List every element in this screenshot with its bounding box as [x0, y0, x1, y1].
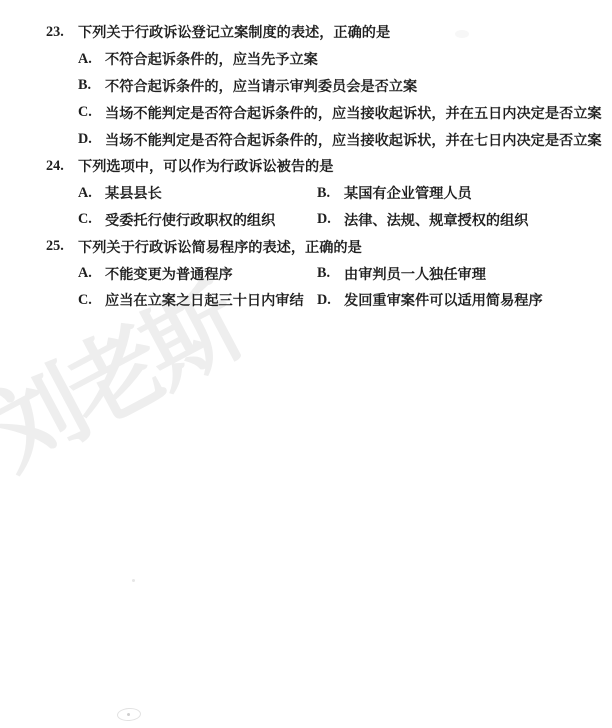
option-text: 受委托行使行政职权的组织 [105, 210, 275, 230]
question-25-options-ab: A. 不能变更为普通程序 B. 由审判员一人独任审理 [0, 260, 612, 287]
option-text: 发回重审案件可以适用简易程序 [344, 290, 543, 310]
exam-scan-page: 刘老斯 23. 下列关于行政诉讼登记立案制度的表述，正确的是 A. 不符合起诉条… [0, 0, 612, 728]
option-label: D. [317, 211, 344, 228]
exam-content: 23. 下列关于行政诉讼登记立案制度的表述，正确的是 A. 不符合起诉条件的，应… [0, 19, 612, 314]
option-label: A. [78, 185, 105, 202]
question-stem: 下列关于行政诉讼登记立案制度的表述，正确的是 [78, 22, 390, 42]
question-24-option-b: B. 某国有企业管理人员 [317, 183, 472, 203]
option-text: 法律、法规、规章授权的组织 [344, 210, 528, 230]
question-25: 25. 下列关于行政诉讼简易程序的表述，正确的是 A. 不能变更为普通程序 B.… [0, 233, 612, 313]
question-number: 24. [46, 158, 78, 175]
scan-smudge [455, 30, 469, 38]
scan-artifact-dot [132, 579, 135, 582]
option-label: C. [78, 292, 105, 309]
option-text: 应当在立案之日起三十日内审结 [105, 290, 304, 310]
option-label: B. [317, 185, 344, 202]
option-label: C. [78, 104, 105, 121]
question-25-option-a: A. 不能变更为普通程序 [78, 264, 317, 284]
question-23: 23. 下列关于行政诉讼登记立案制度的表述，正确的是 A. 不符合起诉条件的，应… [0, 19, 612, 153]
question-25-options-cd: C. 应当在立案之日起三十日内审结 D. 发回重审案件可以适用简易程序 [0, 287, 612, 314]
option-label: A. [78, 265, 105, 282]
option-label: B. [317, 265, 344, 282]
question-24-option-d: D. 法律、法规、规章授权的组织 [317, 210, 528, 230]
question-25-option-d: D. 发回重审案件可以适用简易程序 [317, 290, 543, 310]
question-24-option-c: C. 受委托行使行政职权的组织 [78, 210, 317, 230]
option-label: D. [78, 131, 105, 148]
option-text: 某县县长 [105, 183, 162, 203]
question-25-stem-line: 25. 下列关于行政诉讼简易程序的表述，正确的是 [0, 233, 612, 260]
option-text: 由审判员一人独任审理 [344, 264, 486, 284]
question-25-option-b: B. 由审判员一人独任审理 [317, 264, 486, 284]
option-label: C. [78, 211, 105, 228]
question-23-option-b: B. 不符合起诉条件的，应当请示审判委员会是否立案 [0, 73, 612, 100]
question-stem: 下列关于行政诉讼简易程序的表述，正确的是 [78, 237, 362, 257]
question-23-option-c: C. 当场不能判定是否符合起诉条件的，应当接收起诉状，并在五日内决定是否立案 [0, 99, 612, 126]
question-number: 25. [46, 238, 78, 255]
option-text: 不符合起诉条件的，应当先予立案 [105, 49, 318, 69]
option-label: B. [78, 77, 105, 94]
option-text: 当场不能判定是否符合起诉条件的，应当接收起诉状，并在七日内决定是否立案 [105, 130, 602, 150]
question-24-stem-line: 24. 下列选项中，可以作为行政诉讼被告的是 [0, 153, 612, 180]
question-24: 24. 下列选项中，可以作为行政诉讼被告的是 A. 某县县长 B. 某国有企业管… [0, 153, 612, 233]
question-24-option-a: A. 某县县长 [78, 183, 317, 203]
question-number: 23. [46, 24, 78, 41]
question-24-options-ab: A. 某县县长 B. 某国有企业管理人员 [0, 180, 612, 207]
option-label: A. [78, 51, 105, 68]
option-text: 不符合起诉条件的，应当请示审判委员会是否立案 [105, 76, 417, 96]
option-text: 某国有企业管理人员 [344, 183, 472, 203]
question-24-options-cd: C. 受委托行使行政职权的组织 D. 法律、法规、规章授权的组织 [0, 207, 612, 234]
question-23-option-a: A. 不符合起诉条件的，应当先予立案 [0, 46, 612, 73]
option-text: 当场不能判定是否符合起诉条件的，应当接收起诉状，并在五日内决定是否立案 [105, 103, 602, 123]
question-25-option-c: C. 应当在立案之日起三十日内审结 [78, 290, 317, 310]
question-23-option-d: D. 当场不能判定是否符合起诉条件的，应当接收起诉状，并在七日内决定是否立案 [0, 126, 612, 153]
option-text: 不能变更为普通程序 [105, 264, 233, 284]
option-label: D. [317, 292, 344, 309]
scan-artifact-mark [117, 707, 142, 722]
question-23-stem-line: 23. 下列关于行政诉讼登记立案制度的表述，正确的是 [0, 19, 612, 46]
question-stem: 下列选项中，可以作为行政诉讼被告的是 [78, 156, 333, 176]
